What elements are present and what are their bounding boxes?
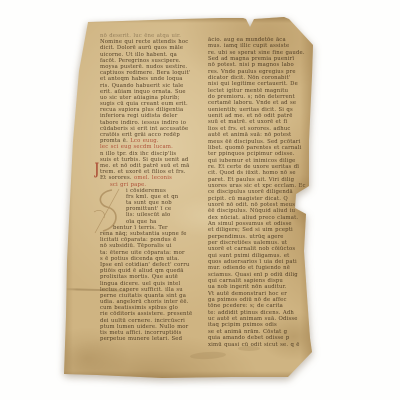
parchment-surface: nō deserit. luc ēne atqa uir.Nomine qui … <box>62 16 314 380</box>
photo-background: nō deserit. luc ēne atqa uir.Nomine qui … <box>0 0 400 400</box>
text-line: meus ēē discipulus. Sed pcōtari <box>208 139 307 145</box>
text-line: uxorē et carnalit nob cōiūctos <box>208 246 307 252</box>
text-line: nō deserit. luc ēne atqa uir. <box>100 33 203 39</box>
rubric-initial-letter: J <box>95 161 99 177</box>
fold-crease <box>63 288 133 292</box>
text-line: perpetue munere letari. Sed <box>100 336 203 342</box>
margin-stain <box>238 346 260 351</box>
text-line: ter ppinquos pcipimur odisse. <box>208 151 307 157</box>
penwork-initial-letter <box>92 186 124 236</box>
text-line: nisi qui legitime certauerit. De <box>208 81 307 87</box>
manuscript-leaf: nō deserit. luc ēne atqa uir.Nomine qui … <box>62 16 314 380</box>
text-line: rie cōditoris assistere. presentē <box>100 311 203 317</box>
margin-stain <box>190 351 226 360</box>
text-line: qui iubemur et inimicos dilige <box>208 158 307 164</box>
text-line: nō potest. nisi p magnos labo <box>208 62 307 68</box>
text-line: certamē laboru. Vnde et ad se <box>208 100 307 106</box>
edge-tear-shadow <box>288 174 310 230</box>
